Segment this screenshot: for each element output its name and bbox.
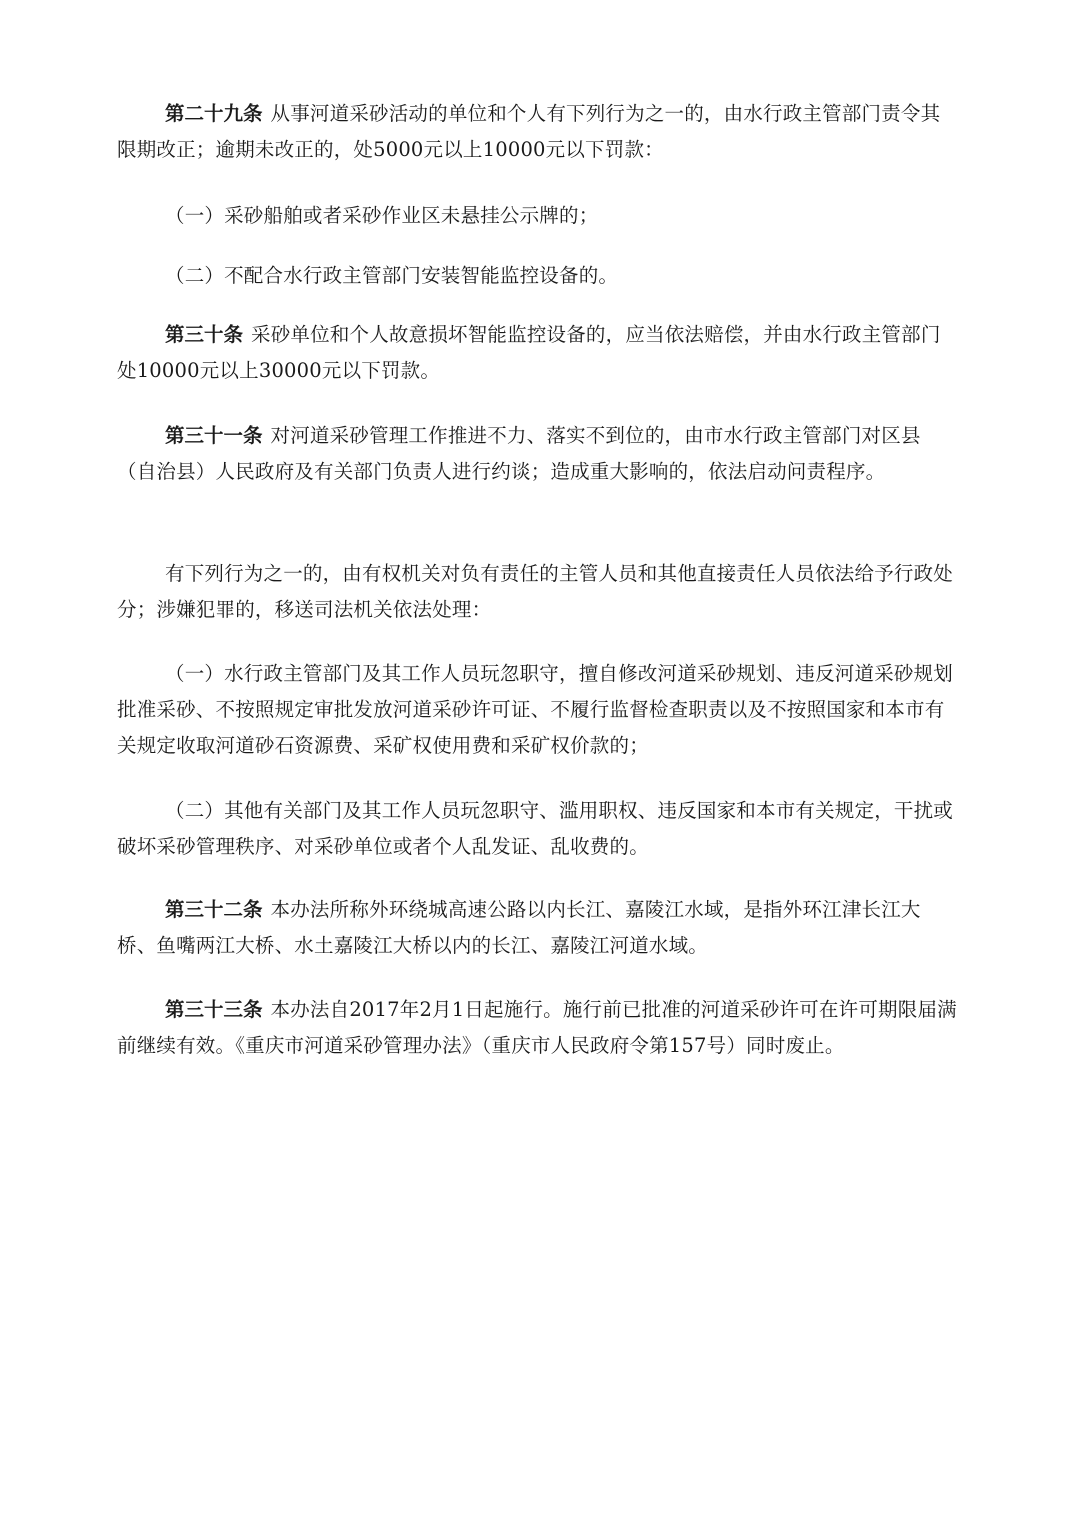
article-31-item-1: （一）水行政主管部门及其工作人员玩忽职守，擅自修改河道采砂规划、违反河道采砂规划… <box>117 656 959 764</box>
paragraph-text: 有下列行为之一的，由有权机关对负有责任的主管人员和其他直接责任人员依法给予行政处… <box>117 562 953 621</box>
article-29-item-1: （一）采砂船舶或者采砂作业区未悬挂公示牌的； <box>117 198 959 234</box>
paragraph-text: （二）其他有关部门及其工作人员玩忽职守、滥用职权、违反国家和本市有关规定，干扰或… <box>117 799 953 858</box>
article-number: 第二十九条 <box>165 102 263 125</box>
article-31-item-2: （二）其他有关部门及其工作人员玩忽职守、滥用职权、违反国家和本市有关规定，干扰或… <box>117 793 959 865</box>
paragraph-text: （一）采砂船舶或者采砂作业区未悬挂公示牌的； <box>165 204 598 227</box>
article-number: 第三十条 <box>165 323 243 346</box>
article-30-paragraph: 第三十条采砂单位和个人故意损坏智能监控设备的，应当依法赔偿，并由水行政主管部门处… <box>117 317 959 389</box>
article-number: 第三十三条 <box>165 998 263 1021</box>
article-32-paragraph: 第三十二条本办法所称外环绕城高速公路以内长江、嘉陵江水域，是指外环江津长江大桥、… <box>117 892 959 964</box>
article-number: 第三十一条 <box>165 424 263 447</box>
article-number: 第三十二条 <box>165 898 263 921</box>
paragraph-text: （二）不配合水行政主管部门安装智能监控设备的。 <box>165 264 618 287</box>
paragraph-text: （一）水行政主管部门及其工作人员玩忽职守，擅自修改河道采砂规划、违反河道采砂规划… <box>117 662 953 757</box>
article-29-item-2: （二）不配合水行政主管部门安装智能监控设备的。 <box>117 258 959 294</box>
article-33-paragraph: 第三十三条本办法自2017年2月1日起施行。施行前已批准的河道采砂许可在许可期限… <box>117 992 959 1064</box>
article-31-paragraph: 第三十一条对河道采砂管理工作推进不力、落实不到位的，由市水行政主管部门对区县（自… <box>117 418 959 490</box>
article-31-second-paragraph: 有下列行为之一的，由有权机关对负有责任的主管人员和其他直接责任人员依法给予行政处… <box>117 556 959 628</box>
article-29-paragraph: 第二十九条从事河道采砂活动的单位和个人有下列行为之一的，由水行政主管部门责令其限… <box>117 96 959 168</box>
document-page: 第二十九条从事河道采砂活动的单位和个人有下列行为之一的，由水行政主管部门责令其限… <box>0 0 1073 1519</box>
